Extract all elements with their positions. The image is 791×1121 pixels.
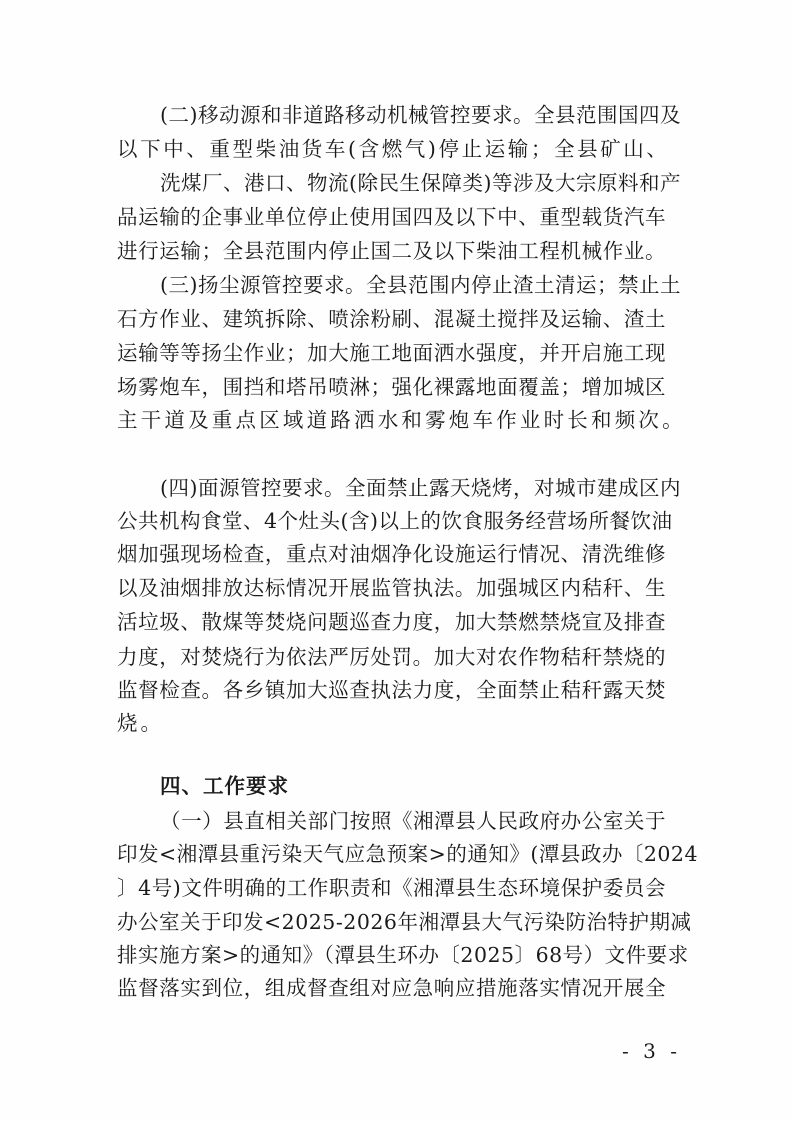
paragraph-requirement-1-line-2: 印发<湘潭县重污染天气应急预案>的通知》(潭县政办〔2024 xyxy=(117,839,666,869)
paragraph-mobile-source-line-4: 品运输的企事业单位停止使用国四及以下中、重型载货汽车 xyxy=(117,202,666,232)
paragraph-dust-source-line-2: 石方作业、建筑拆除、喷涂粉刷、混凝土搅拌及运输、渣土 xyxy=(117,304,666,334)
paragraph-mobile-source-line-1: (二)移动源和非道路移动机械管控要求。全县范围国四及 xyxy=(160,100,666,130)
paragraph-dust-source-line-3: 运输等等扬尘作业；加大施工地面洒水强度，并开启施工现 xyxy=(117,338,666,368)
paragraph-dust-source-line-1: (三)扬尘源管控要求。全县范围内停止渣土清运；禁止土 xyxy=(160,270,666,300)
paragraph-area-source-line-2: 公共机构食堂、4个灶头(含)以上的饮食服务经营场所餐饮油 xyxy=(117,506,666,536)
paragraph-area-source-line-4: 以及油烟排放达标情况开展监管执法。加强城区内秸秆、生 xyxy=(117,573,666,603)
paragraph-area-source-line-1: (四)面源管控要求。全面禁止露天烧烤，对城市建成区内 xyxy=(160,473,666,503)
section-heading-work-requirements: 四、工作要求 xyxy=(160,771,289,801)
paragraph-requirement-1-line-5: 排实施方案>的通知》（潭县生环办〔2025〕68号）文件要求 xyxy=(117,940,666,970)
paragraph-dust-source-line-4: 场雾炮车，围挡和塔吊喷淋；强化裸露地面覆盖；增加城区 xyxy=(117,372,666,402)
paragraph-area-source-line-5: 活垃圾、散煤等焚烧问题巡查力度，加大禁燃禁烧宣及排查 xyxy=(117,607,666,637)
paragraph-mobile-source-line-2: 以下中、重型柴油货车(含燃气)停止运输；全县矿山、 xyxy=(117,134,670,164)
paragraph-area-source-line-3: 烟加强现场检查，重点对油烟净化设施运行情况、清洗维修 xyxy=(117,539,666,569)
paragraph-mobile-source-line-3: 洗煤厂、港口、物流(除民生保障类)等涉及大宗原料和产 xyxy=(160,168,666,198)
paragraph-requirement-1-line-4: 办公室关于印发<2025-2026年湘潭县大气污染防治特护期减 xyxy=(117,907,666,937)
paragraph-area-source-line-8: 烧。 xyxy=(117,708,164,738)
paragraph-requirement-1-line-6: 监督落实到位，组成督查组对应急响应措施落实情况开展全 xyxy=(117,973,666,1003)
paragraph-area-source-line-6: 力度，对焚烧行为依法严厉处罚。加大对农作物秸秆禁烧的 xyxy=(117,642,666,672)
paragraph-area-source-line-7: 监督检查。各乡镇加大巡查执法力度，全面禁止秸秆露天焚 xyxy=(117,675,666,705)
page-number: - 3 - xyxy=(622,1038,681,1064)
paragraph-requirement-1-line-1: （一）县直相关部门按照《湘潭县人民政府办公室关于 xyxy=(160,806,666,836)
paragraph-mobile-source-line-5: 进行运输；全县范围内停止国二及以下柴油工程机械作业。 xyxy=(117,236,666,266)
paragraph-requirement-1-line-3: 〕4号)文件明确的工作职责和《湘潭县生态环境保护委员会 xyxy=(117,873,666,903)
document-page: (二)移动源和非道路移动机械管控要求。全县范围国四及 以下中、重型柴油货车(含燃… xyxy=(0,0,791,1121)
paragraph-dust-source-line-5: 主干道及重点区域道路洒水和雾炮车作业时长和频次。 xyxy=(117,405,686,435)
